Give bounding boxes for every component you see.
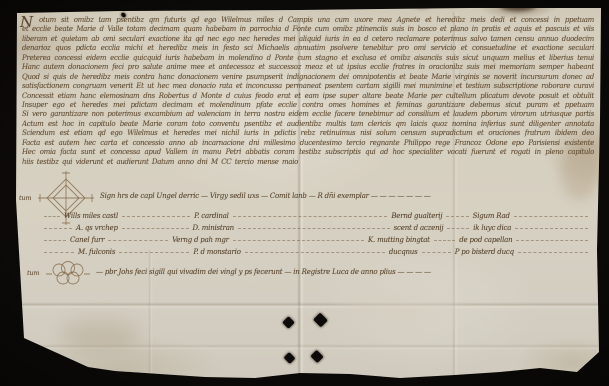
fold-crease-horizontal-lower xyxy=(18,344,598,350)
parchment-hole xyxy=(310,350,323,363)
photo-background: N otum sit omibz tam psentibz qm futuris… xyxy=(0,0,609,386)
witness-name: P. cardinal xyxy=(194,212,229,220)
witness-name: Verng d pah mgr xyxy=(172,236,229,244)
parchment-hole xyxy=(282,316,295,329)
manuscript-line: Quod si quis de heredibz meis contra han… xyxy=(22,72,594,82)
witness-name: ducqnus xyxy=(389,248,418,256)
manuscript-line: Hanc autem donacionem feci pro salute an… xyxy=(22,63,594,73)
witness-name: Wills miles castl xyxy=(64,212,118,220)
stain xyxy=(340,290,460,330)
witness-name: P po bisterd ducq xyxy=(455,248,514,256)
manuscript-text-block: otum sit omibz tam psentibz qm futuris q… xyxy=(22,16,594,167)
stain xyxy=(60,320,140,350)
witness-name: Sigum Rad xyxy=(473,212,510,220)
witness-name: scent d aczenij xyxy=(394,224,444,232)
witness-name: Bernd gualterij xyxy=(391,212,442,220)
manuscript-line: satisfactionem congruam venerit Et ut he… xyxy=(22,82,594,92)
witness-name: M. fulconis xyxy=(78,248,115,256)
closing-attestation-line: — pbr Johs feci sigill qui vivadim dei v… xyxy=(96,268,566,276)
witness-name: ik luyc dica xyxy=(473,224,511,232)
manuscript-line: Hec omia facta sunt et concessa apud Val… xyxy=(22,148,594,158)
manuscript-line: denarioz quos pdicta ecclia michi et her… xyxy=(22,44,594,54)
witness-name: A. qs vrchep xyxy=(76,224,118,232)
signum-left-word: tum xyxy=(19,194,31,202)
witness-row: A. qs vrchep D. ministran scent d aczeni… xyxy=(40,223,592,233)
witness-name: K. mutting bingtat xyxy=(368,236,430,244)
manuscript-line: et ecclie beate Marie d Valle totam deci… xyxy=(22,25,594,35)
knot-signum-mark xyxy=(46,261,90,289)
fold-crease-horizontal-upper xyxy=(18,302,598,309)
witness-name: Canel furr xyxy=(70,236,104,244)
manuscript-line: Sciendum est etiam qd ego Wilelmus et he… xyxy=(22,129,594,139)
witness-row: M. fulconis P. d monstario ducqnus P po … xyxy=(40,247,592,257)
witness-row: Wills miles castl P. cardinal Bernd gual… xyxy=(40,211,592,221)
witness-name: P. d monstario xyxy=(193,248,240,256)
parchment-document: N otum sit omibz tam psentibz qm futuris… xyxy=(0,0,609,386)
manuscript-line: Concessit etiam hanc elemosinam dns Robe… xyxy=(22,91,594,101)
parchment-hole xyxy=(283,352,295,364)
stain xyxy=(500,0,536,11)
witness-row: Canel furr Verng d pah mgr K. mutting bi… xyxy=(40,235,592,245)
witness-name: D. ministran xyxy=(193,224,234,232)
stain xyxy=(414,1,430,8)
parchment-hole xyxy=(313,313,328,328)
witness-name: de pod capellan xyxy=(459,236,512,244)
witness-intro-line: Sign hrs de capl Ungel derric — Virgy se… xyxy=(100,192,578,200)
manuscript-line: hiis testibz qui viderunt et audierunt D… xyxy=(22,157,388,167)
knot-left-word: tum xyxy=(27,269,39,277)
manuscript-line: Si vero garantizare non poterimus excamb… xyxy=(22,110,594,120)
